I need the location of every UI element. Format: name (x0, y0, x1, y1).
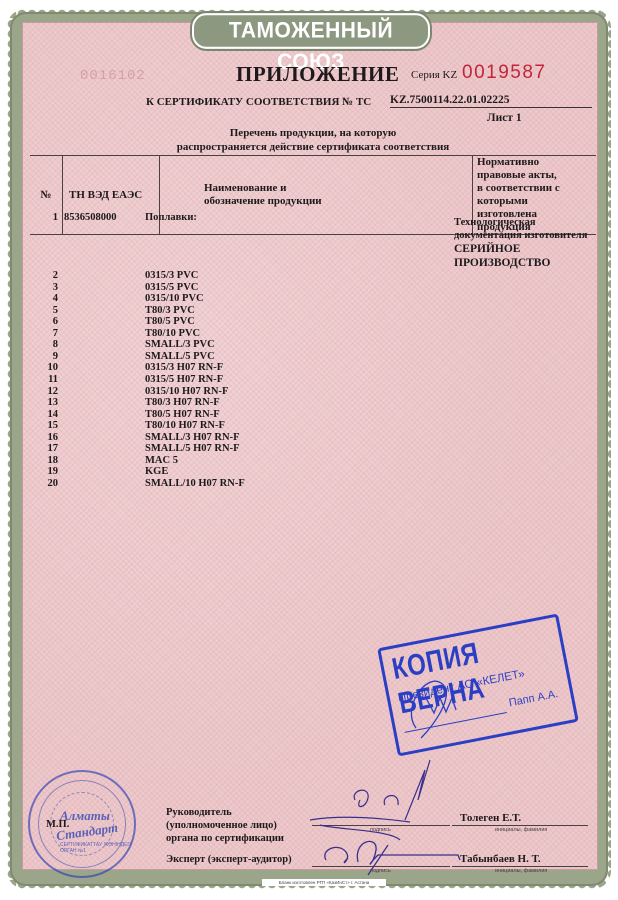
row-product-name: SMALL/5 H07 RN-F (145, 443, 240, 455)
column-header-product-name: Наименование и обозначение продукции (160, 156, 473, 235)
row-number: 4 (36, 293, 58, 305)
row-number: 2 (36, 270, 58, 282)
expert-name-line (452, 866, 588, 867)
row-product-name: MAC 5 (145, 455, 178, 467)
row-number: 3 (36, 282, 58, 294)
head-name-line (452, 825, 588, 826)
row-number: 5 (36, 305, 58, 317)
certification-body-seal: Алматы Стандарт СЕРТИФИКАТТАУ ЖӨНІНДЕГІ … (28, 770, 136, 878)
column-header-product-name-line2: обозначение продукции (204, 195, 466, 208)
expert-label: Эксперт (эксперт-аудитор) (166, 853, 292, 866)
regulations-line2: документация изготовителя (454, 230, 587, 243)
printer-imprint: Бланк изготовлен РГП «КазИнСт» г. Астана (262, 879, 386, 886)
regulations-line1: Технологическая (454, 217, 587, 230)
document-title: ПРИЛОЖЕНИЕ (236, 62, 399, 87)
row-product-name: SMALL/3 H07 RN-F (145, 432, 240, 444)
customs-union-banner: ТАМОЖЕННЫЙ СОЮЗ (192, 13, 430, 49)
row-number: 13 (36, 397, 58, 409)
column-header-product-name-line1: Наименование и (204, 182, 466, 195)
column-header-regulations-line2: в соответствии с которыми (477, 182, 590, 208)
head-label-line2: (уполномоченное лицо) (166, 819, 284, 832)
stamp-signature (396, 668, 476, 748)
series-label: Серия KZ (411, 69, 457, 81)
row-product-name: T80/5 PVC (145, 316, 195, 328)
column-header-regulations-line1: Нормативно правовые акты, (477, 156, 590, 182)
series-number: 0019587 (462, 62, 546, 84)
row-number: 16 (36, 432, 58, 444)
row-number: 17 (36, 443, 58, 455)
head-label-line3: органа по сертификации (166, 832, 284, 845)
regulations-line4: ПРОИЗВОДСТВО (454, 256, 587, 270)
row-product-name: SMALL/5 PVC (145, 351, 215, 363)
certificate-number: KZ.7500114.22.01.02225 (390, 94, 592, 108)
row-product-name: T80/3 PVC (145, 305, 195, 317)
row-number: 7 (36, 328, 58, 340)
row-number: 1 (36, 212, 58, 224)
row-product-name: 0315/5 H07 RN-F (145, 374, 223, 386)
row-number: 12 (36, 386, 58, 398)
row-number: 19 (36, 466, 58, 478)
certificate-label: К СЕРТИФИКАТУ СООТВЕТСТВИЯ № ТС (146, 96, 371, 108)
watermark-number: 0016102 (80, 68, 146, 84)
head-name-caption: инициалы, фамилия (495, 827, 547, 833)
row-tn-ved-code: 8536508000 (64, 212, 117, 224)
row-number: 18 (36, 455, 58, 467)
row-number: 6 (36, 316, 58, 328)
row-number: 20 (36, 478, 58, 490)
row-product-name: KGE (145, 466, 168, 478)
row-product-name: T80/10 PVC (145, 328, 200, 340)
row-product-name: SMALL/10 H07 RN-F (145, 478, 245, 490)
seal-place-label: М.П. (46, 819, 69, 830)
expert-name: Табынбаев Н. Т. (460, 853, 541, 865)
row-number: 10 (36, 362, 58, 374)
head-label-line1: Руководитель (166, 806, 284, 819)
seal-caption: СЕРТИФИКАТТАУ ЖӨНІНДЕГІ ОРГАН №1 (60, 842, 134, 854)
row-product-name: 0315/5 PVC (145, 282, 198, 294)
sheet-number: Лист 1 (487, 112, 522, 124)
row-product-name: T80/3 H07 RN-F (145, 397, 220, 409)
row-number: 15 (36, 420, 58, 432)
row-product-name: T80/10 H07 RN-F (145, 420, 225, 432)
row-product-name: 0315/3 PVC (145, 270, 198, 282)
row-product-name: 0315/10 H07 RN-F (145, 386, 228, 398)
row-number: 11 (36, 374, 58, 386)
head-label: Руководитель (уполномоченное лицо) орган… (166, 806, 284, 845)
row-product-name: 0315/10 PVC (145, 293, 204, 305)
row-number: 8 (36, 339, 58, 351)
row-product-name: SMALL/3 PVC (145, 339, 215, 351)
row-product-name: Поплавки: (145, 212, 197, 224)
expert-name-caption: инициалы, фамилия (495, 868, 547, 874)
row-product-name: 0315/3 H07 RN-F (145, 362, 223, 374)
regulations-cell: Технологическая документация изготовител… (454, 217, 587, 270)
regulations-line3: СЕРИЙНОЕ (454, 242, 587, 256)
row-number: 14 (36, 409, 58, 421)
subtitle-line-1: Перечень продукции, на которую (0, 127, 618, 139)
row-product-name: T80/5 H07 RN-F (145, 409, 220, 421)
expert-signature (318, 830, 468, 880)
head-name: Толеген Е.Т. (460, 812, 521, 824)
subtitle-line-2: распространяется действие сертификата со… (0, 141, 618, 153)
row-number: 9 (36, 351, 58, 363)
